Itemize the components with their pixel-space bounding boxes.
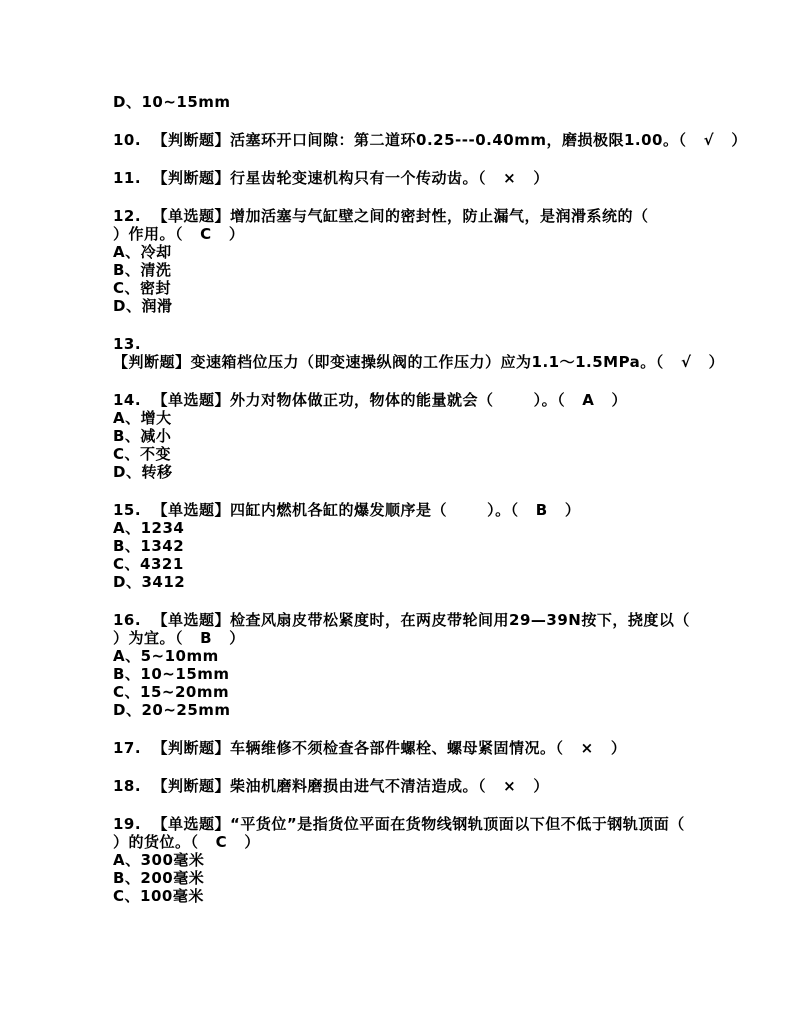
question-text-line: 12. 【单选题】增加活塞与气缸壁之间的密封性，防止漏气，是润滑系统的（ bbox=[113, 207, 680, 225]
orphan-option-line: D、10~15mm bbox=[113, 93, 680, 111]
question-text-line: C、不变 bbox=[113, 445, 680, 463]
question-text-line: C、密封 bbox=[113, 279, 680, 297]
question-14: 14. 【单选题】外力对物体做正功，物体的能量就会（ ）。（ A ）A、增大B、… bbox=[113, 391, 680, 481]
question-17: 17. 【判断题】车辆维修不须检查各部件螺栓、螺母紧固情况。（ × ） bbox=[113, 739, 680, 757]
question-text-line: C、15~20mm bbox=[113, 683, 680, 701]
question-text-line: 15. 【单选题】四缸内燃机各缸的爆发顺序是（ ）。（ B ） bbox=[113, 501, 680, 519]
question-text-line: 10. 【判断题】活塞环开口间隙：第二道环0.25---0.40mm，磨损极限1… bbox=[113, 131, 680, 149]
question-text-line: A、增大 bbox=[113, 409, 680, 427]
question-10: 10. 【判断题】活塞环开口间隙：第二道环0.25---0.40mm，磨损极限1… bbox=[113, 131, 680, 149]
question-12: 12. 【单选题】增加活塞与气缸壁之间的密封性，防止漏气，是润滑系统的（）作用。… bbox=[113, 207, 680, 315]
question-13: 13.【判断题】变速箱档位压力（即变速操纵阀的工作压力）应为1.1～1.5MPa… bbox=[113, 335, 680, 371]
question-19: 19. 【单选题】“平货位”是指货位平面在货物线钢轨顶面以下但不低于钢轨顶面（）… bbox=[113, 815, 680, 905]
question-text-line: 16. 【单选题】检查风扇皮带松紧度时，在两皮带轮间用29—39N按下，挠度以（ bbox=[113, 611, 680, 629]
question-18: 18. 【判断题】柴油机磨料磨损由进气不清洁造成。（ × ） bbox=[113, 777, 680, 795]
question-text-line: D、20~25mm bbox=[113, 701, 680, 719]
question-text-line: B、清洗 bbox=[113, 261, 680, 279]
question-text-line: D、润滑 bbox=[113, 297, 680, 315]
question-text-line: 【判断题】变速箱档位压力（即变速操纵阀的工作压力）应为1.1～1.5MPa。（ … bbox=[113, 353, 680, 371]
question-text-line: B、10~15mm bbox=[113, 665, 680, 683]
question-text-line: ）的货位。（ C ） bbox=[113, 833, 680, 851]
question-text-line: 17. 【判断题】车辆维修不须检查各部件螺栓、螺母紧固情况。（ × ） bbox=[113, 739, 680, 757]
question-11: 11. 【判断题】行星齿轮变速机构只有一个传动齿。（ × ） bbox=[113, 169, 680, 187]
question-text-line: B、200毫米 bbox=[113, 869, 680, 887]
question-text-line: ）作用。（ C ） bbox=[113, 225, 680, 243]
question-text-line: A、5~10mm bbox=[113, 647, 680, 665]
question-text-line: D、3412 bbox=[113, 573, 680, 591]
question-text-line: A、1234 bbox=[113, 519, 680, 537]
question-text-line: A、冷却 bbox=[113, 243, 680, 261]
question-text-line: B、1342 bbox=[113, 537, 680, 555]
question-text-line: D、转移 bbox=[113, 463, 680, 481]
question-text-line: 13. bbox=[113, 335, 680, 353]
question-16: 16. 【单选题】检查风扇皮带松紧度时，在两皮带轮间用29—39N按下，挠度以（… bbox=[113, 611, 680, 719]
question-text-line: 14. 【单选题】外力对物体做正功，物体的能量就会（ ）。（ A ） bbox=[113, 391, 680, 409]
question-text-line: B、减小 bbox=[113, 427, 680, 445]
question-text-line: 18. 【判断题】柴油机磨料磨损由进气不清洁造成。（ × ） bbox=[113, 777, 680, 795]
question-text-line: C、4321 bbox=[113, 555, 680, 573]
question-15: 15. 【单选题】四缸内燃机各缸的爆发顺序是（ ）。（ B ）A、1234B、1… bbox=[113, 501, 680, 591]
exam-document-page: D、10~15mm10. 【判断题】活塞环开口间隙：第二道环0.25---0.4… bbox=[0, 0, 792, 1025]
question-text-line: C、100毫米 bbox=[113, 887, 680, 905]
question-text-line: 11. 【判断题】行星齿轮变速机构只有一个传动齿。（ × ） bbox=[113, 169, 680, 187]
question-text-line: ）为宜。（ B ） bbox=[113, 629, 680, 647]
orphan-option-block: D、10~15mm bbox=[113, 93, 680, 111]
question-text-line: 19. 【单选题】“平货位”是指货位平面在货物线钢轨顶面以下但不低于钢轨顶面（ bbox=[113, 815, 680, 833]
question-text-line: A、300毫米 bbox=[113, 851, 680, 869]
